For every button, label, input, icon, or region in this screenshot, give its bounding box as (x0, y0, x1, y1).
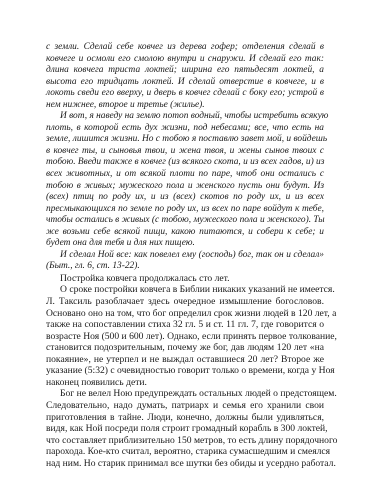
quote-line: всех животных, и от всякой плоти по паре… (46, 169, 324, 181)
bible-quote: с земли. Сделай себе ковчег из дерева го… (46, 42, 324, 273)
body-line: Бог не велел Ною предупреждать остальных… (46, 388, 324, 400)
quote-line: (всех) птиц по роду их, и из (всех) скот… (46, 192, 324, 204)
body-line: наконец появились дети. (46, 377, 324, 389)
body-line: Основано оно на том, что бог определил с… (46, 308, 324, 320)
quote-line: нем нижнее, второе и третье (жилье). (46, 100, 324, 112)
quote-line: в ковчег ты, и сыновья твои, и жена твоя… (46, 146, 324, 158)
quote-line: высота его тридцать локтей. И сделай отв… (46, 77, 324, 89)
body-line: О сроке постройки ковчега в Библии никак… (46, 284, 324, 296)
body-line: что составляет приблизительно 150 метров… (46, 435, 324, 447)
body-line: покаяние», не утерпел и не выждал оставш… (46, 354, 324, 366)
quote-line: локоть сведи его вверху, и дверь в ковче… (46, 88, 324, 100)
body-line: также на сопоставлении стиха 32 гл. 5 и … (46, 319, 324, 331)
quote-line: пресмыкающихся по земле по роду их, из в… (46, 204, 324, 216)
body-line: Постройка ковчега продолжалась сто лет. (46, 273, 324, 285)
quote-line: же возьми себе всякой пищи, какою питают… (46, 227, 324, 239)
quote-line: И сделал Ной все: как повелел ему (госпо… (46, 250, 324, 262)
quote-line: будет она для тебя и для них пищею. (46, 238, 324, 250)
body-line: Л. Таксиль разоблачает здесь очередное и… (46, 296, 324, 308)
body-line: над ним. Но старик принимал все шутки бе… (46, 458, 324, 470)
body-line: указание (5:32) с очевидностью говорит т… (46, 365, 324, 377)
quote-line: с земли. Сделай себе ковчег из дерева го… (46, 42, 324, 54)
body-line: возрасте Ноя (500 и 600 лет). Однако, ес… (46, 331, 324, 343)
quote-line: ковчеге и осмоли его смолою внутри и сна… (46, 54, 324, 66)
body-line: приготовления в тайне. Люди, конечно, до… (46, 412, 324, 424)
quote-line: длина ковчега триста локтей; ширина его … (46, 65, 324, 77)
quote-citation: (Быт., гл. 6, ст. 13-22). (46, 261, 324, 273)
quote-line: плоть, в которой есть дух жизни, под неб… (46, 123, 324, 135)
body-line: парохода. Кое-кто считал, вероятно, стар… (46, 446, 324, 458)
body-text: Постройка ковчега продолжалась сто лет. … (46, 273, 324, 469)
quote-line: земле, лишится жизни. Но с тобою я поста… (46, 134, 324, 146)
document-page: с земли. Сделай себе ковчег из дерева го… (46, 42, 324, 469)
quote-line: тобою. Введи также в ковчег (из всякого … (46, 157, 324, 169)
body-line: становится подозрительным, почему же бог… (46, 342, 324, 354)
quote-line: И вот, я наведу на землю потоп водный, ч… (46, 111, 324, 123)
quote-line: чтобы остались в живых (с тобою, мужеско… (46, 215, 324, 227)
quote-line: тобою в живых; мужеского пола и женского… (46, 181, 324, 193)
body-line: видя, как Ной посреди поля строит громад… (46, 423, 324, 435)
body-line: Следовательно, надо думать, патриарх и с… (46, 400, 324, 412)
